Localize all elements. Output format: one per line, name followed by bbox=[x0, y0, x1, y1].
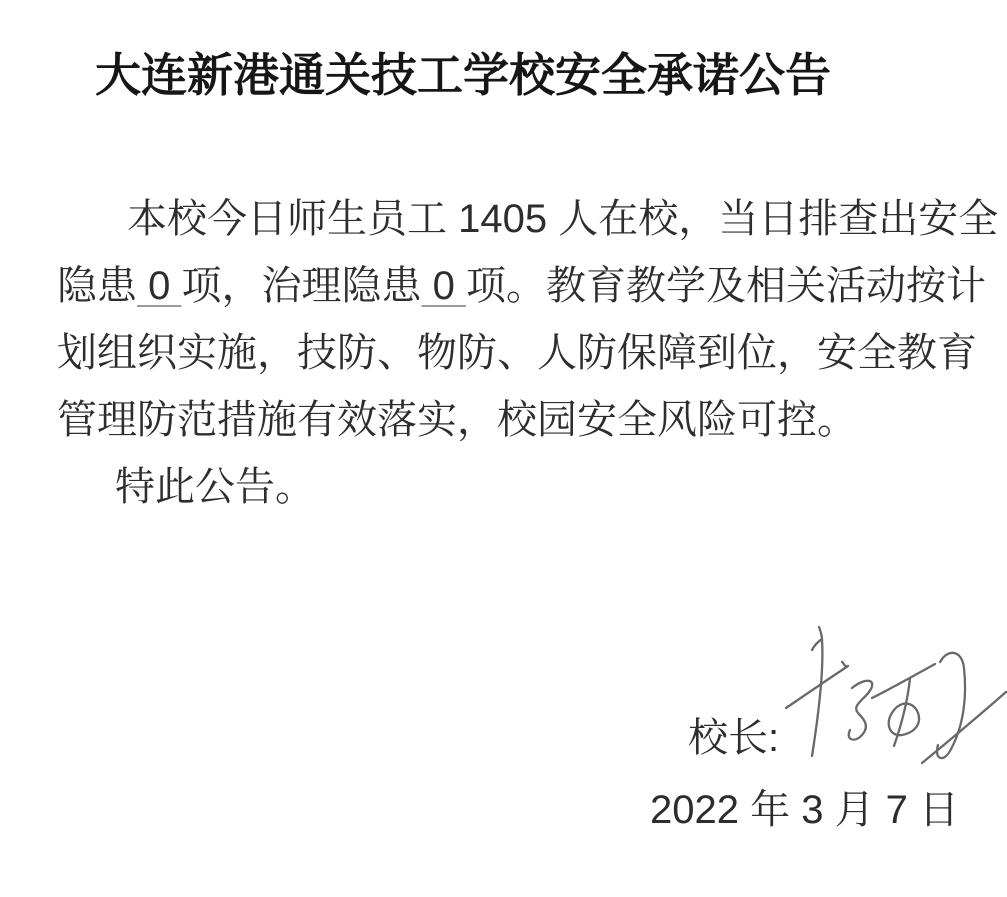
closing-line: 特此公告。 bbox=[57, 454, 967, 521]
body-line: 隐患 0 项，治理隐患 0 项。教育教学及相关活动按计 bbox=[57, 253, 967, 320]
body-text: 隐患 bbox=[57, 264, 137, 308]
announcement-body: 本校今日师生员工 1405 人在校，当日排查出安全 隐患 0 项，治理隐患 0 … bbox=[57, 186, 967, 521]
body-text: 项。教育教学及相关活动按计 bbox=[466, 264, 986, 308]
body-text: 本校今日师生员工 1405 人在校，当日排查出安全 bbox=[127, 197, 998, 241]
principal-label: 校长: bbox=[688, 714, 779, 762]
page-title: 大连新港通关技工学校安全承诺公告 bbox=[95, 36, 831, 114]
handwritten-signature-icon bbox=[772, 618, 1007, 778]
date-line: 2022 年 3 月 7 日 bbox=[650, 782, 959, 838]
underlined-blank-hazards-resolved: 0 bbox=[421, 264, 465, 308]
body-line: 本校今日师生员工 1405 人在校，当日排查出安全 bbox=[57, 186, 967, 253]
body-text: 划组织实施，技防、物防、人防保障到位，安全教育 bbox=[57, 331, 977, 375]
body-line: 划组织实施，技防、物防、人防保障到位，安全教育 bbox=[57, 320, 967, 387]
body-text: 项，治理隐患 bbox=[181, 264, 421, 308]
body-text: 管理防范措施有效落实，校园安全风险可控。 bbox=[57, 398, 857, 442]
underlined-blank-hazards-found: 0 bbox=[137, 264, 181, 308]
announcement-document: 大连新港通关技工学校安全承诺公告 本校今日师生员工 1405 人在校，当日排查出… bbox=[0, 0, 1007, 897]
body-line: 管理防范措施有效落实，校园安全风险可控。 bbox=[57, 387, 967, 454]
body-text: 特此公告。 bbox=[115, 465, 315, 509]
